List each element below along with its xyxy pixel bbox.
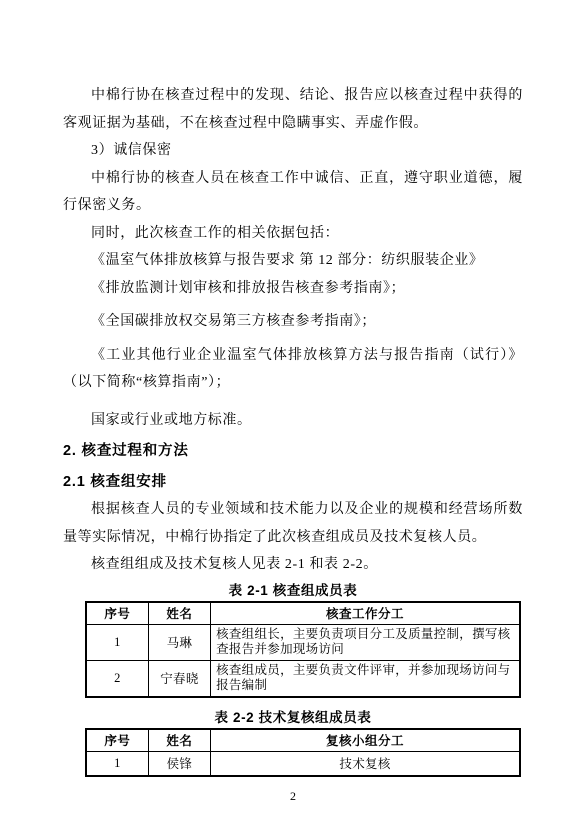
paragraph-confidentiality-title: 3）诚信保密 (63, 137, 523, 165)
paragraph-reference-4: 《工业其他行业企业温室气体排放核算方法与报告指南（试行）》（以下简称“核算指南”… (63, 342, 523, 397)
paragraph-reference-2: 《排放监测计划审核和排放报告核查参考指南》； (63, 275, 523, 303)
paragraph-reference-3: 《全国碳排放权交易第三方核查参考指南》； (63, 308, 523, 336)
table-row: 1 马琳 核查组组长，主要负责项目分工及质量控制，撰写核查报告并参加现场访问 (86, 624, 520, 660)
column-header-no: 序号 (86, 602, 148, 625)
table-header-row: 序号 姓名 核查工作分工 (86, 602, 520, 625)
paragraph-table-reference: 核查组组成及技术复核人见表 2-1 和表 2-2。 (63, 551, 523, 579)
table1-title: 表 2-1 核查组成员表 (63, 581, 523, 600)
table-row: 2 宁春晓 核查组成员，主要负责文件评审，并参加现场访问与报告编制 (86, 660, 520, 697)
cell-no: 1 (86, 751, 148, 776)
cell-name: 侯锋 (148, 751, 210, 776)
cell-duty: 核查组组长，主要负责项目分工及质量控制，撰写核查报告并参加现场访问 (211, 624, 520, 660)
column-header-name: 姓名 (148, 729, 210, 752)
cell-duty: 核查组成员，主要负责文件评审，并参加现场访问与报告编制 (211, 660, 520, 697)
technical-review-table: 序号 姓名 复核小组分工 1 侯锋 技术复核 (85, 728, 521, 777)
column-header-no: 序号 (86, 729, 148, 752)
paragraph-objectivity: 中棉行协在核查过程中的发现、结论、报告应以核查过程中获得的客观证据为基础，不在核… (63, 82, 523, 137)
table-header-row: 序号 姓名 复核小组分工 (86, 729, 520, 752)
page-number: 2 (0, 789, 586, 804)
cell-duty: 技术复核 (211, 751, 520, 776)
paragraph-reference-5: 国家或行业或地方标准。 (63, 407, 523, 435)
paragraph-confidentiality: 中棉行协的核查人员在核查工作中诚信、正直，遵守职业道德，履行保密义务。 (63, 165, 523, 220)
cell-name: 马琳 (148, 624, 210, 660)
cell-no: 1 (86, 624, 148, 660)
verification-team-table: 序号 姓名 核查工作分工 1 马琳 核查组组长，主要负责项目分工及质量控制，撰写… (85, 601, 521, 698)
section-heading: 2. 核查过程和方法 (63, 438, 523, 465)
cell-no: 2 (86, 660, 148, 697)
subsection-heading: 2.1 核查组安排 (63, 469, 523, 496)
paragraph-reference-1: 《温室气体排放核算与报告要求 第 12 部分：纺织服装企业》 (63, 247, 523, 275)
page-content: 中棉行协在核查过程中的发现、结论、报告应以核查过程中获得的客观证据为基础，不在核… (63, 82, 523, 777)
column-header-duty: 复核小组分工 (211, 729, 520, 752)
table2-title: 表 2-2 技术复核组成员表 (63, 708, 523, 727)
paragraph-team-assignment: 根据核查人员的专业领域和技术能力以及企业的规模和经营场所数量等实际情况，中棉行协… (63, 496, 523, 551)
cell-name: 宁春晓 (148, 660, 210, 697)
paragraph-basis-intro: 同时，此次核查工作的相关依据包括： (63, 220, 523, 248)
column-header-duty: 核查工作分工 (211, 602, 520, 625)
column-header-name: 姓名 (148, 602, 210, 625)
document-page: 中棉行协在核查过程中的发现、结论、报告应以核查过程中获得的客观证据为基础，不在核… (0, 0, 586, 834)
table-row: 1 侯锋 技术复核 (86, 751, 520, 776)
